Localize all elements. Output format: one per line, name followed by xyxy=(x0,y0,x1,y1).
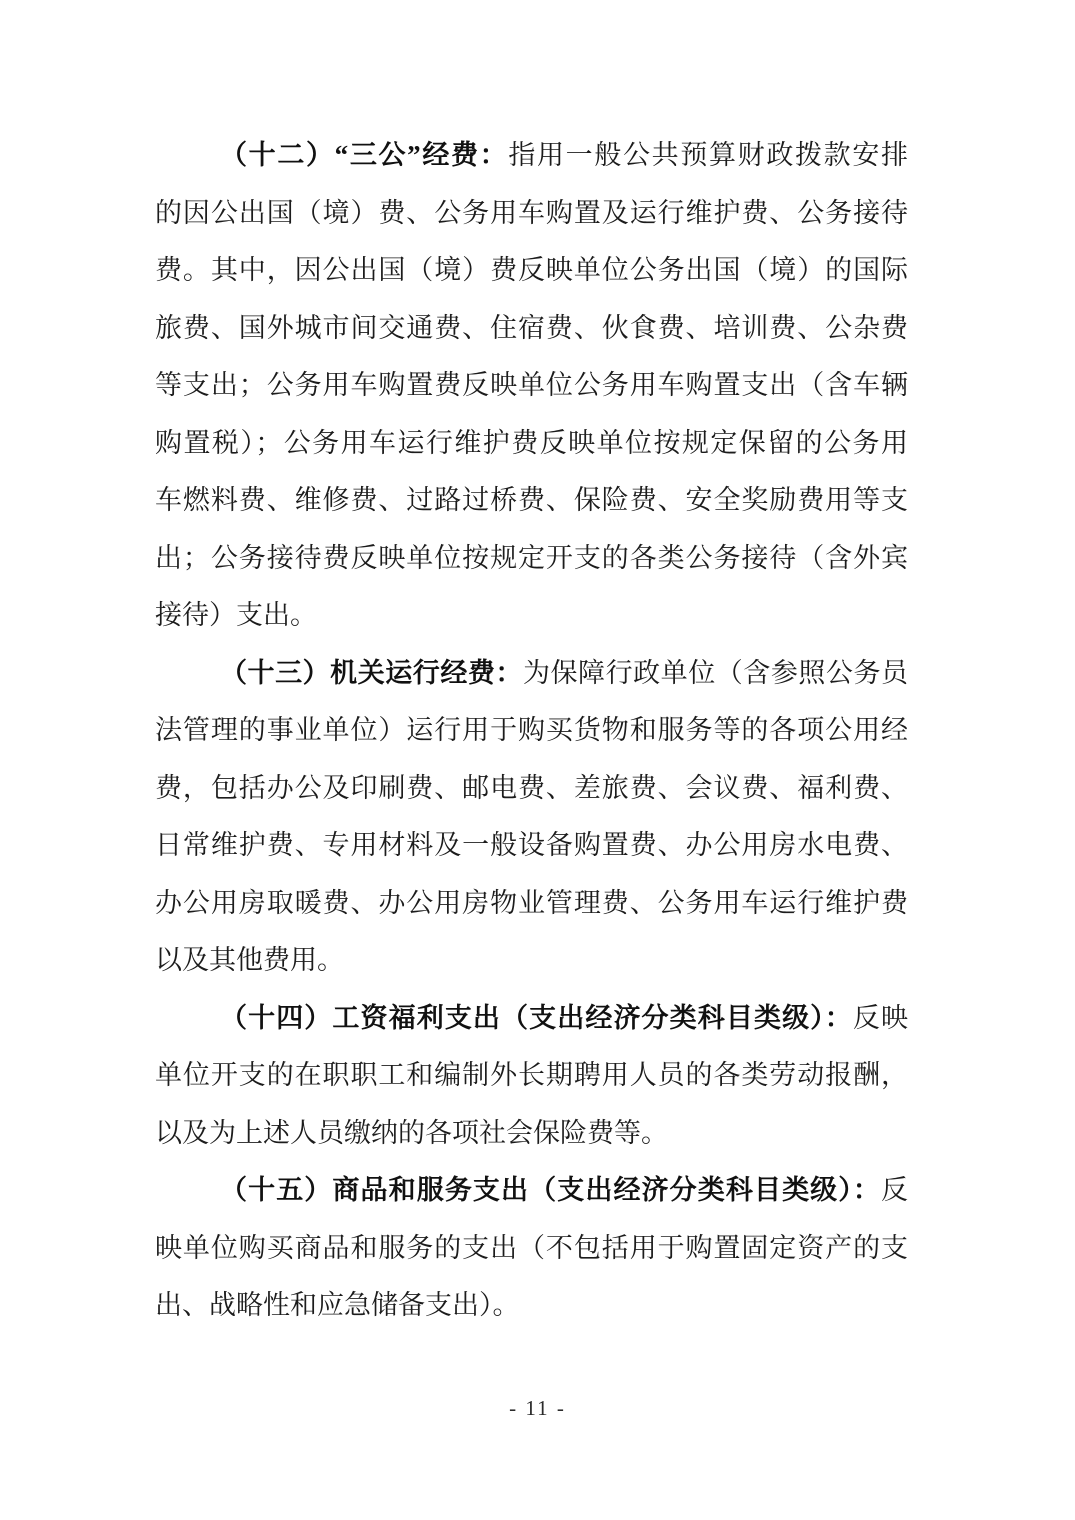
paragraph-lead: （十五）商品和服务支出（支出经济分类科目类级）： xyxy=(220,1175,881,1205)
paragraph-lead: （十四）工资福利支出（支出经济分类科目类级）： xyxy=(220,1003,853,1033)
paragraph-line: 车燃料费、维修费、过路过桥费、保险费、安全奖励费用等支 xyxy=(155,472,908,530)
paragraph-line: 办公用房取暖费、办公用房物业管理费、公务用车运行维护费 xyxy=(155,875,908,933)
paragraph-line: 以及其他费用。 xyxy=(155,932,908,990)
paragraph-13: （十三）机关运行经费：为保障行政单位（含参照公务员 法管理的事业单位）运行用于购… xyxy=(155,645,908,990)
paragraph-line: （十三）机关运行经费：为保障行政单位（含参照公务员 xyxy=(155,645,908,703)
page-number: - 11 - xyxy=(0,1396,1075,1421)
paragraph-line: 旅费、国外城市间交通费、住宿费、伙食费、培训费、公杂费 xyxy=(155,300,908,358)
paragraph-line: 法管理的事业单位）运行用于购买货物和服务等的各项公用经 xyxy=(155,702,908,760)
paragraph-15: （十五）商品和服务支出（支出经济分类科目类级）：反 映单位购买商品和服务的支出（… xyxy=(155,1162,908,1335)
paragraph-line: 出、战略性和应急储备支出）。 xyxy=(155,1277,908,1335)
paragraph-line: 购置税）；公务用车运行维护费反映单位按规定保留的公务用 xyxy=(155,415,908,473)
paragraph-line: 费。其中，因公出国（境）费反映单位公务出国（境）的国际 xyxy=(155,242,908,300)
paragraph-line: 出；公务接待费反映单位按规定开支的各类公务接待（含外宾 xyxy=(155,530,908,588)
text-block: （十二）“三公”经费：指用一般公共预算财政拨款安排 的因公出国（境）费、公务用车… xyxy=(155,127,908,1335)
paragraph-lead: （十二）“三公”经费： xyxy=(220,140,508,170)
paragraph-line: 等支出；公务用车购置费反映单位公务用车购置支出（含车辆 xyxy=(155,357,908,415)
paragraph-text: 反映 xyxy=(853,1003,908,1033)
paragraph-line: 费，包括办公及印刷费、邮电费、差旅费、会议费、福利费、 xyxy=(155,760,908,818)
paragraph-text: 为保障行政单位（含参照公务员 xyxy=(523,658,908,688)
paragraph-line: （十四）工资福利支出（支出经济分类科目类级）：反映 xyxy=(155,990,908,1048)
paragraph-12: （十二）“三公”经费：指用一般公共预算财政拨款安排 的因公出国（境）费、公务用车… xyxy=(155,127,908,645)
paragraph-lead: （十三）机关运行经费： xyxy=(220,658,523,688)
paragraph-text: 指用一般公共预算财政拨款安排 xyxy=(508,140,908,170)
paragraph-line: （十五）商品和服务支出（支出经济分类科目类级）：反 xyxy=(155,1162,908,1220)
paragraph-14: （十四）工资福利支出（支出经济分类科目类级）：反映 单位开支的在职职工和编制外长… xyxy=(155,990,908,1163)
paragraph-line: 单位开支的在职职工和编制外长期聘用人员的各类劳动报酬， xyxy=(155,1047,908,1105)
paragraph-line: 映单位购买商品和服务的支出（不包括用于购置固定资产的支 xyxy=(155,1220,908,1278)
paragraph-line: 以及为上述人员缴纳的各项社会保险费等。 xyxy=(155,1105,908,1163)
paragraph-line: （十二）“三公”经费：指用一般公共预算财政拨款安排 xyxy=(155,127,908,185)
paragraph-line: 接待）支出。 xyxy=(155,587,908,645)
paragraph-line: 日常维护费、专用材料及一般设备购置费、办公用房水电费、 xyxy=(155,817,908,875)
paragraph-line: 的因公出国（境）费、公务用车购置及运行维护费、公务接待 xyxy=(155,185,908,243)
paragraph-text: 反 xyxy=(881,1175,908,1205)
document-page: （十二）“三公”经费：指用一般公共预算财政拨款安排 的因公出国（境）费、公务用车… xyxy=(0,0,1075,1520)
